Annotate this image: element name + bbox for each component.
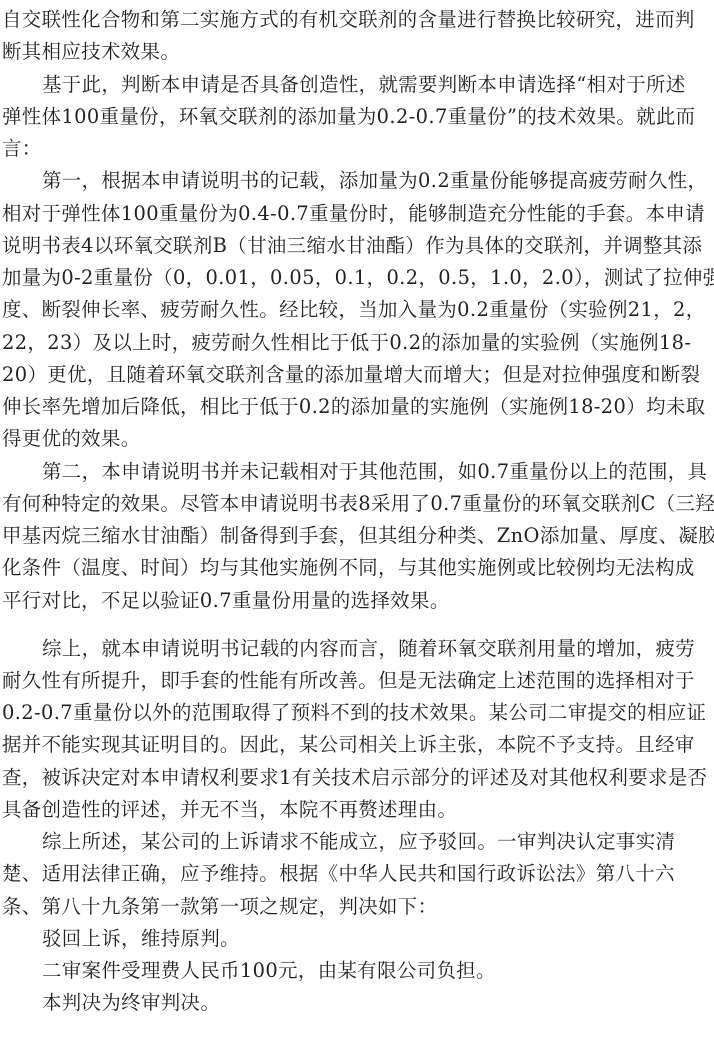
text-line: 得更优的效果。 [2,423,141,455]
text-line: 有何种特定的效果。尽管本申请说明书表8采用了0.7重量份的环氧交联剂C（三羟 [2,488,714,520]
text-line: 本判决为终审判决。 [42,987,220,1019]
text-line: 二审案件受理费人民币100元，由某有限公司负担。 [42,955,496,987]
text-line: 第一，根据本申请说明书的记载，添加量为0.2重量份能够提高疲劳耐久性， [42,165,707,197]
text-line: 第二，本申请说明书并未记载相对于其他范围，如0.7重量份以上的范围，具 [42,456,707,488]
text-line: 查，被诉决定对本申请权利要求1有关技术启示部分的评述及对其他权利要求是否 [2,762,707,794]
text-line: 化条件（温度、时间）均与其他实施例不同，与其他实施例或比较例均无法构成 [2,552,695,584]
text-line: 伸长率先增加后降低，相比于低于0.2的添加量的实施例（实施例18-20）均未取 [2,391,705,423]
text-line: 0.2-0.7重量份以外的范围取得了预料不到的技术效果。某公司二审提交的相应证 [2,697,706,729]
text-line: 驳回上诉，维持原判。 [42,923,240,955]
text-line: 度、断裂伸长率、疲劳耐久性。经比较，当加入量为0.2重量份（实验例21，2， [2,294,706,326]
text-line: 综上所述，某公司的上诉请求不能成立，应予驳回。一审判决认定事实清 [42,826,675,858]
text-line: 甲基丙烷三缩水甘油酯）制备得到手套，但其组分种类、ZnO添加量、厚度、凝胶 [2,520,714,552]
text-line: 基于此，判断本申请是否具备创造性，就需要判断本申请选择“相对于所述 [42,69,686,101]
text-line: 综上，就本申请说明书记载的内容而言，随着环氧交联剂用量的增加，疲劳 [42,633,695,665]
text-line: 言： [2,133,42,165]
text-line: 22，23）及以上时，疲劳耐久性相比于低于0.2的添加量的实验例（实施例18- [2,327,691,359]
text-line: 20）更优，且随着环氧交联剂含量的添加量增大而增大；但是对拉伸强度和断裂 [2,359,700,391]
text-line: 平行对比，不足以验证0.7重量份用量的选择效果。 [2,585,450,617]
text-line: 自交联性化合物和第二实施方式的有机交联剂的含量进行替换比较研究，进而判 [2,4,695,36]
text-line: 断其相应技术效果。 [2,36,180,68]
text-line: 楚、适用法律正确，应予维持。根据《中华人民共和国行政诉讼法》第八十六 [2,858,675,890]
text-line: 条、第八十九条第一款第一项之规定，判决如下： [2,891,437,923]
text-line: 加量为0-2重量份（0，0.01，0.05，0.1，0.2，0.5，1.0，2.… [2,262,714,294]
text-line: 弹性体100重量份，环氧交联剂的添加量为0.2-0.7重量份”的技术效果。就此而 [2,101,695,133]
text-line: 具备创造性的评述，并无不当，本院不再赘述理由。 [2,794,457,826]
text-line: 相对于弹性体100重量份为0.4-0.7重量份时，能够制造充分性能的手套。本申请 [2,198,705,230]
text-line: 说明书表4以环氧交联剂B（甘油三缩水甘油酯）作为具体的交联剂，并调整其添 [2,230,702,262]
text-line: 据并不能实现其证明目的。因此，某公司相关上诉主张，本院不予支持。且经审 [2,729,695,761]
text-line: 耐久性有所提升，即手套的性能有所改善。但是无法确定上述范围的选择相对于 [2,665,695,697]
